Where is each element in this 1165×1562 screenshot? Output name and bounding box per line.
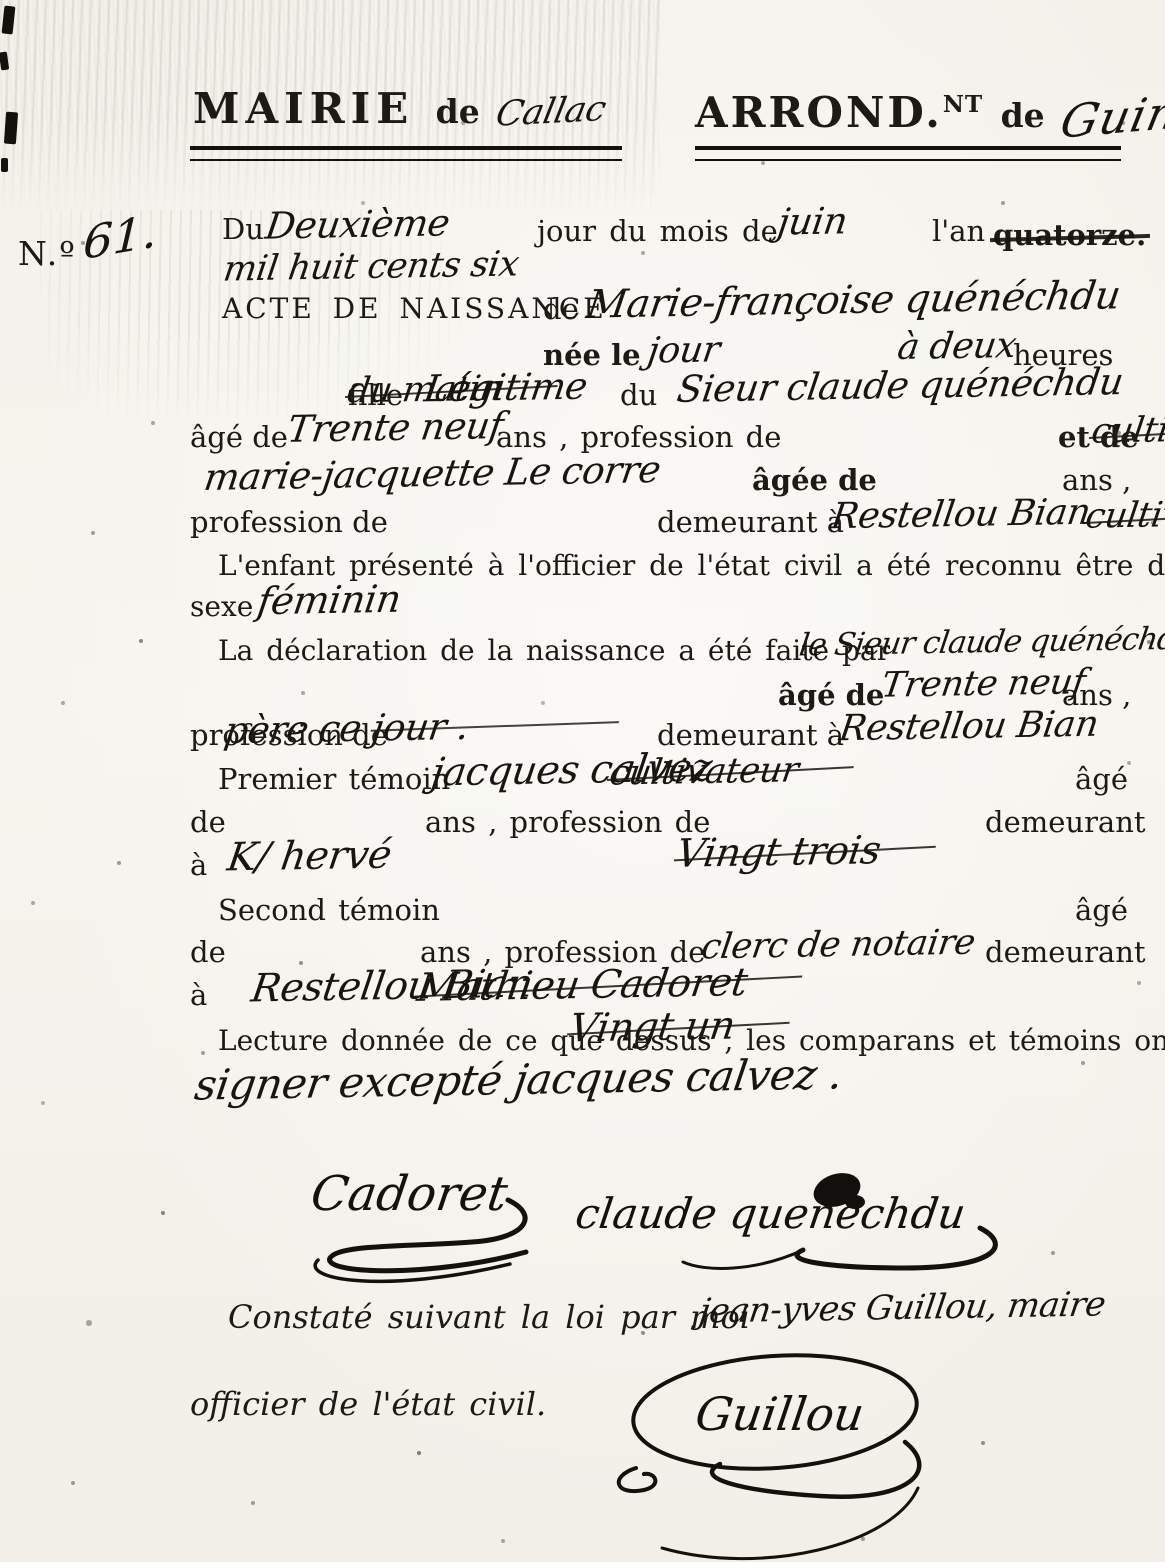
declaration-line: La déclaration de la naissance a été fai… <box>218 634 890 667</box>
mother-profession-de: profession de <box>190 505 388 539</box>
born-legitime-handwritten: Légitime <box>422 365 590 411</box>
arrond-superscript: NT <box>943 91 983 118</box>
arrond-de: de <box>1001 96 1045 135</box>
arrond-word: ARROND. <box>695 88 943 137</box>
witness1-name-handwritten: jacques calvez <box>428 746 714 796</box>
child-sexe-label: sexe <box>190 590 253 623</box>
date-month-handwritten: juin <box>775 199 850 243</box>
witness1-de: de <box>190 805 226 839</box>
child-sexe-handwritten: féminin <box>255 577 404 623</box>
lecture-declared-handwritten: signer excepté jacques calvez . <box>192 1049 846 1109</box>
declaration-age-handwritten: Trente neuf <box>879 662 1088 706</box>
date-line: Du <box>222 212 264 246</box>
signature-guillou: Guillou <box>600 1350 950 1562</box>
signature-cadoret-text: Cadoret <box>308 1166 512 1222</box>
born-day-handwritten: jour <box>645 329 722 371</box>
witness1-residence-handwritten: K/ hervé <box>225 833 394 881</box>
closing-line1: Constaté suivant la loi par moi <box>228 1298 750 1336</box>
declaration-profession-de: profession de <box>190 718 388 752</box>
witness1-a: à <box>190 848 207 882</box>
father-et-de: et de <box>1058 420 1139 454</box>
scan-speckles <box>0 0 2 2</box>
witness2-residence-handwritten: Restellou Bian <box>248 962 535 1012</box>
father-age-handwritten: Trente neuf <box>285 404 506 451</box>
mairie-de: de <box>436 92 480 131</box>
act-number-label: N.º <box>18 234 77 273</box>
header-arrondissement: ARROND.NT de Guingamp <box>695 84 1165 138</box>
act-number-value-handwritten: 61. <box>82 204 157 270</box>
signature-claude-quenechdu: claude quenechdu <box>575 1150 1015 1300</box>
act-number: N.º 61. <box>18 222 156 276</box>
signature-claude-underline <box>683 1250 803 1268</box>
header-rule-right <box>695 146 1121 161</box>
witness1-label: Premier témoin <box>218 762 450 796</box>
arrond-title: ARROND.NT <box>695 88 983 137</box>
mother-agee-de: âgée de <box>752 463 877 497</box>
mairie-title: MAIRIE <box>193 84 414 133</box>
witness2-demeurant: demeurant <box>985 935 1146 969</box>
document-page: MAIRIE de Callac ARROND.NT de Guingamp N… <box>0 0 1165 1562</box>
header-mairie: MAIRIE de Callac <box>193 84 605 133</box>
witness2-label: Second témoin <box>218 893 440 927</box>
father-age-de: âgé de <box>190 420 288 454</box>
closing-mayor-handwritten: jean-yves Guillou, maire <box>697 1284 1108 1331</box>
date-year-handwritten: mil huit cents six <box>221 244 521 289</box>
witness2-de: de <box>190 935 226 969</box>
date-du: Du <box>222 212 264 246</box>
child-name-handwritten: Marie-françoise quénéchdu <box>584 273 1123 327</box>
signature-guillou-lower-arc <box>662 1488 918 1559</box>
date-day-handwritten: Deuxième <box>263 201 453 247</box>
declaration-residence-handwritten: Restellou Bian <box>837 704 1101 749</box>
date-year-struck: quatorze. <box>993 218 1146 252</box>
signature-guillou-left-mark <box>619 1468 656 1491</box>
date-lan: l'an <box>932 214 985 248</box>
mairie-commune-handwritten: Callac <box>493 89 610 135</box>
mother-profession-handwritten: cultivatrice <box>1083 493 1165 536</box>
witness2-profession-handwritten: clerc de notaire <box>699 923 978 968</box>
witness1-demeurant: demeurant <box>985 805 1146 839</box>
edge-ink-mark <box>1 158 8 172</box>
witness2-age-label: âgé <box>1075 893 1128 927</box>
signature-claude-text: claude quenechdu <box>575 1189 969 1238</box>
witness2-a: à <box>190 978 207 1012</box>
declaration-declarant-handwritten: le Sieur claude quénéchdu <box>797 621 1165 664</box>
mother-residence-handwritten: Restellou Bian <box>829 492 1093 537</box>
mother-demeurant-a: demeurant à <box>657 505 844 539</box>
signature-guillou-text: Guillou <box>692 1387 867 1441</box>
witness1-ans-profession: ans , profession de <box>425 805 710 839</box>
closing-line2: officier de l'état civil. <box>190 1385 546 1423</box>
witness1-age-label: âgé <box>1075 762 1128 796</box>
father-name-handwritten: Sieur claude quénéchdu <box>674 360 1126 411</box>
signature-cadoret: Cadoret <box>290 1148 560 1298</box>
date-jour-du-mois: jour du mois de <box>537 214 778 248</box>
born-du: du <box>620 378 657 412</box>
edge-ink-mark <box>4 112 18 145</box>
header-rule-left <box>190 146 622 161</box>
mother-name-handwritten: marie-jacquette Le corre <box>201 448 663 499</box>
arrond-value-handwritten: Guingamp <box>1056 73 1165 148</box>
ink-blot-small <box>845 1195 865 1209</box>
acte-de: de <box>543 292 579 326</box>
